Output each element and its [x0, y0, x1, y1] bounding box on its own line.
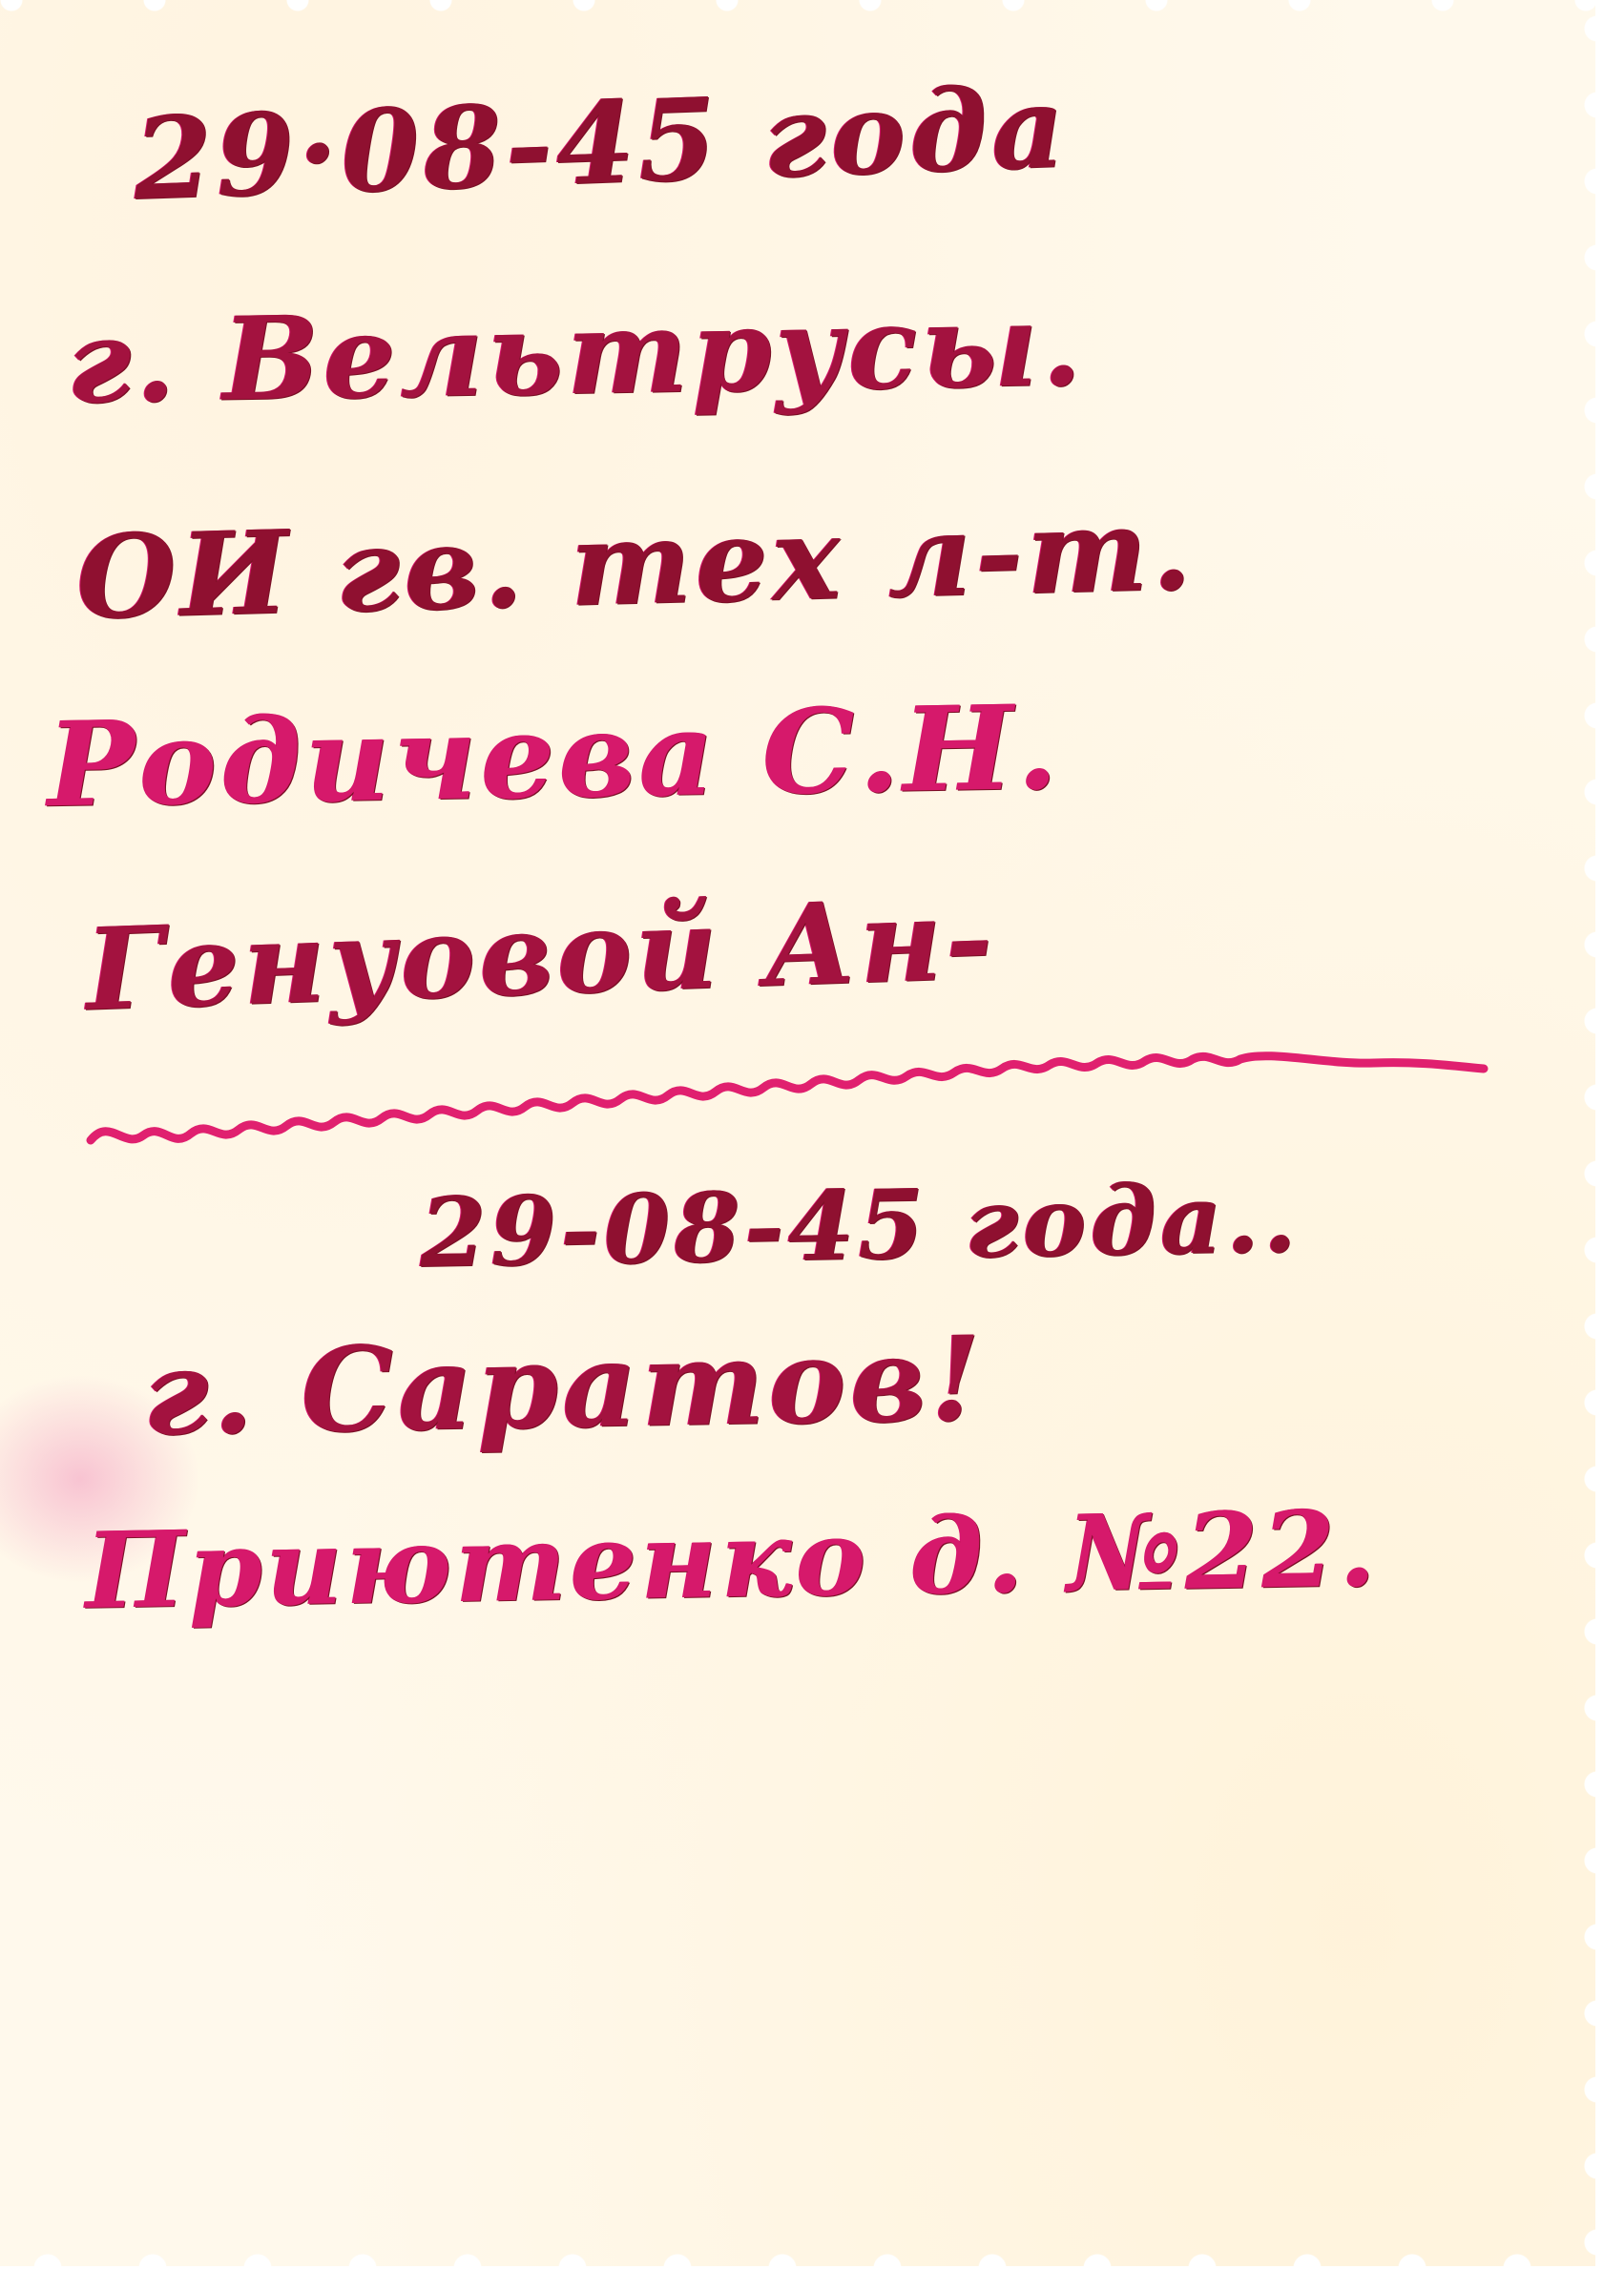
sender-name-line: Генуовой Ан- — [84, 871, 998, 1035]
location-line-2: г. Саратов! — [142, 1309, 987, 1461]
address-line: Приютенко д. №22. — [85, 1487, 1381, 1633]
photo-back-card: 29·08-45 года г. Вельтрусы. ОИ гв. тех л… — [0, 0, 1595, 2266]
rank-line: ОИ гв. тех л-т. — [74, 482, 1197, 646]
location-line-1: г. Вельтрусы. — [66, 278, 1087, 430]
deckle-edge-top — [0, 0, 1595, 23]
squiggle-divider — [86, 1030, 1489, 1155]
date-line-2: 29-08-45 года.. — [419, 1161, 1301, 1289]
deckle-edge-bottom — [0, 2243, 1595, 2266]
date-line-1: 29·08-45 года — [132, 60, 1071, 225]
deckle-edge-right — [1572, 0, 1595, 2266]
recipient-name-line: Родичева С.Н. — [47, 678, 1063, 834]
